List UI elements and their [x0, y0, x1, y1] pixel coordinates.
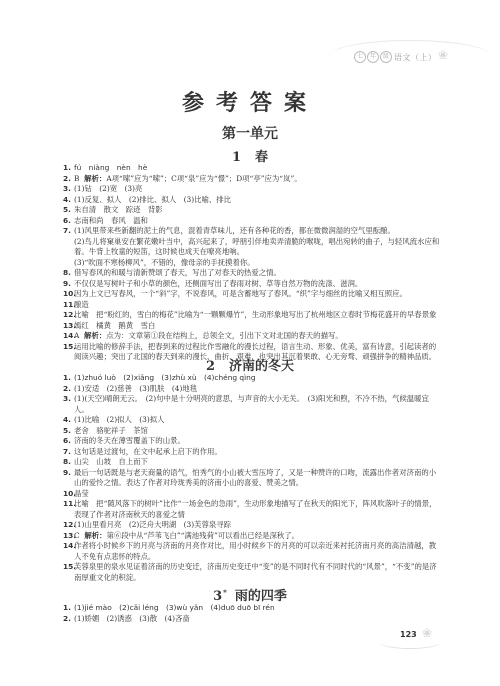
- item-text: 第⑥段中从“芦苇飞白”“满池残荷”可以看出已经是深秋了。: [107, 531, 300, 540]
- page-number: 123: [400, 630, 417, 639]
- item-number: 11.: [63, 499, 76, 510]
- item-number: 11.: [63, 300, 76, 311]
- grade-circle: 级: [380, 51, 392, 63]
- grade-badge: 七 年 级: [354, 51, 392, 63]
- answer-item: 5.老舍 骆驼祥子 茶馆: [63, 426, 443, 437]
- answer-item: 1.(1)jié mào (2)cǎi léng (3)wù yǎn (4)du…: [63, 603, 443, 614]
- item-number: 15.: [63, 342, 76, 353]
- item-text: (1)安适 (2)慈善 (3)肌肤 (4)地毯: [74, 384, 197, 393]
- lesson-number: 3: [213, 589, 222, 604]
- answer-item: 15.芙蓉泉里的泉水见证着济南的历史变迁，济南历史变迁中“变”的是不同时代有不同…: [63, 562, 443, 583]
- item-subline: (3)“吹面不寒杨柳风”，不错的，像母亲的手抚摸着你。: [74, 258, 443, 269]
- page-title: 参考答案: [0, 86, 500, 117]
- item-number: 4.: [63, 415, 71, 426]
- answer-item: 11.比喻 把“随风落下的树叶”比作“一场金色的急雨”，生动形象地描写了在秋天的…: [63, 499, 443, 520]
- answer-item: 1.fú niàng nèn hè: [63, 163, 443, 174]
- item-number: 2.: [63, 174, 71, 185]
- item-text: 这句话是过渡句，在文中起承上启下的作用。: [74, 447, 222, 456]
- item-text: (1)钻 (2)宽 (3)亮: [74, 184, 142, 193]
- answer-item: 9.不仅仅是写树叶子和小草的颜色，还侧面写出了春雨对树、草等自然万物的洗涤、滋润…: [63, 279, 443, 290]
- item-text: 比喻 把“随风落下的树叶”比作“一场金色的急雨”，生动形象地描写了在秋天的阳光下…: [74, 499, 436, 519]
- answer-list: 1.fú niàng nèn hè 2.B 解析：A项“嗦”应为“嗦”；C项“泉…: [63, 163, 443, 363]
- item-text: 不仅仅是写树叶子和小草的颜色，还侧面写出了春雨对树、草等自然万物的洗涤、滋润。: [74, 279, 362, 288]
- item-number: 10.: [63, 289, 76, 300]
- answer-item: 13.C 解析：第⑥段中从“芦苇飞白”“满池残荷”可以看出已经是深秋了。: [63, 531, 443, 542]
- item-text: A项“嗦”应为“嗦”；C项“泉”应为“憬”；D项“亭”应为“岚”。: [106, 174, 301, 183]
- answer-item: 5.朱自清 散文 踪迹 背影: [63, 205, 443, 216]
- item-number: 15.: [63, 562, 76, 573]
- item-text: (1)反复、拟人 (2)排比、拟人 (3)比喻、排比: [74, 195, 231, 204]
- answer-item: 1.(1)zhuó luò (2)xiǎng (3)zhù xù (4)chén…: [63, 373, 443, 384]
- item-text: (1)山里看月亮 (2)泛舟大明湖 (3)芙蓉泉寻踪: [74, 520, 231, 529]
- item-subline: (2)鸟儿将窠巢安在繁花嫩叶当中，高兴起来了，呼朋引伴地卖弄清脆的喉咙，唱出宛转…: [74, 237, 443, 258]
- item-number: 2.: [63, 614, 71, 625]
- item-number: 7.: [63, 226, 71, 237]
- answer-item: 12.比喻 把“粉红的，雪白的梅花”比喻为“一颗颗爆竹”，生动形象地写出了杭州地…: [63, 310, 443, 321]
- answer-item: 6.济南的冬天在薄雪覆盖下的山景。: [63, 436, 443, 447]
- item-text: (1)jié mào (2)cǎi léng (3)wù yǎn (4)duō …: [74, 603, 275, 612]
- item-number: 6.: [63, 216, 71, 227]
- item-number: 1.: [63, 373, 71, 384]
- subject-label: 语文（上）: [394, 52, 437, 63]
- item-number: 1.: [63, 163, 71, 174]
- item-number: 7.: [63, 447, 71, 458]
- item-number: 14.: [63, 541, 76, 552]
- answer-item: 3.(1)(天空)晴朗无云。 (2)句中是十分明亮的意思，与声音的大小无关。 (…: [63, 394, 443, 415]
- item-text: 最后一句话既是与老天商量的语气，怕秀气的小山被大雪压垮了，又是一种赞许的口吻，流…: [74, 468, 436, 488]
- answer-item: 10.晶莹: [63, 489, 443, 500]
- item-text: 借写春风的和暖与清新赞颂了春天，写出了对春天的热爱之情。: [74, 268, 281, 277]
- item-number: 4.: [63, 195, 71, 206]
- grade-circle: 年: [367, 51, 379, 63]
- unit-title: 第一单元: [0, 123, 500, 143]
- item-text: 济南的冬天在薄雪覆盖下的山景。: [74, 436, 185, 445]
- answer-list: 1.(1)zhuó luò (2)xiǎng (3)zhù xù (4)chén…: [63, 373, 443, 583]
- item-text: 酿造: [74, 300, 89, 309]
- answer-item: 2.(1)安适 (2)慈善 (3)肌肤 (4)地毯: [63, 384, 443, 395]
- item-text: fú niàng nèn hè: [74, 163, 147, 172]
- answer-list: 1.(1)jié mào (2)cǎi léng (3)wù yǎn (4)du…: [63, 603, 443, 624]
- answer-item: 4.(1)比喻 (2)拟人 (3)拟人: [63, 415, 443, 426]
- item-text: (1)娇媚 (2)诱惑 (3)散 (4)吝啬: [74, 614, 190, 623]
- answer-item: 4.(1)反复、拟人 (2)排比、拟人 (3)比喻、排比: [63, 195, 443, 206]
- answer-item: 7. (1)风里带来些新翻的泥土的气息，混着青草味儿，还有各种花的香，都在微微润…: [63, 226, 443, 268]
- paw-print-icon: ❀: [422, 626, 432, 640]
- answer-item: 2.B 解析：A项“嗦”应为“嗦”；C项“泉”应为“憬”；D项“亭”应为“岚”。: [63, 174, 443, 185]
- item-number: 1.: [63, 603, 71, 614]
- item-number: 12.: [63, 310, 76, 321]
- item-number: 3.: [63, 184, 71, 195]
- item-number: 6.: [63, 436, 71, 447]
- answer-item: 11.酿造: [63, 300, 443, 311]
- item-number: 8.: [63, 268, 71, 279]
- item-number: 12.: [63, 520, 76, 531]
- answer-item: 10.因为上文已写春风，一个“斜”字，不说春风，可是含蓄地写了春风。“织”字与细…: [63, 289, 443, 300]
- item-number: 9.: [63, 279, 71, 290]
- header-badge: 七 年 级 语文（上）: [354, 48, 437, 66]
- item-text: 晶莹: [74, 489, 89, 498]
- answer-item: 12.(1)山里看月亮 (2)泛舟大明湖 (3)芙蓉泉寻踪: [63, 520, 443, 531]
- item-text: (1)zhuó luò (2)xiǎng (3)zhù xù (4)chéng …: [74, 373, 256, 382]
- answer-item: 3.(1)钻 (2)宽 (3)亮: [63, 184, 443, 195]
- analysis-label: 解析：: [84, 331, 106, 340]
- lesson-name: 雨的四季: [235, 589, 287, 604]
- lesson-title: 2济南的冬天: [0, 355, 500, 374]
- optional-star: *: [223, 588, 227, 597]
- item-text: 山尖 山坡 自上而下: [74, 457, 148, 466]
- item-text: 因为上文已写春风，一个“斜”字，不说春风，可是含蓄地写了春风。“织”字与细丝的比…: [74, 289, 407, 298]
- answer-item: 13.嫣红 橘黄 鹅黄 雪白: [63, 321, 443, 332]
- paw-print-icon: ❀: [438, 48, 448, 62]
- item-text: 朱自清 散文 踪迹 背影: [74, 205, 163, 214]
- answer-item: 2.(1)娇媚 (2)诱惑 (3)散 (4)吝啬: [63, 614, 443, 625]
- lesson-title: 3*雨的四季: [0, 585, 500, 604]
- item-subline: (1)风里带来些新翻的泥土的气息，混着青草味儿，还有各种花的香，都在微微润湿的空…: [74, 226, 443, 237]
- item-text: 老舍 骆驼祥子 茶馆: [74, 426, 148, 435]
- item-number: 14.: [63, 331, 76, 342]
- lesson-name: 济南的冬天: [229, 359, 294, 374]
- item-text: 嫣红 橘黄 鹅黄 雪白: [74, 321, 155, 330]
- lesson-number: 2: [206, 359, 215, 374]
- item-number: 13.: [63, 321, 76, 332]
- answer-item: 14.A 解析：点为：文章第①段在结构上，总领全文，引出下文对北国的春天的描写。: [63, 331, 443, 342]
- item-text: (1)比喻 (2)拟人 (3)拟人: [74, 415, 165, 424]
- item-text: 点为：文章第①段在结构上，总领全文，引出下文对北国的春天的描写。: [106, 331, 343, 340]
- analysis-label: 解析：: [84, 531, 106, 540]
- answer-item: 8.山尖 山坡 自上而下: [63, 457, 443, 468]
- item-text: (1)(天空)晴朗无云。 (2)句中是十分明亮的意思，与声音的大小无关。 (3)…: [74, 394, 429, 414]
- item-number: 5.: [63, 205, 71, 216]
- item-text: 比喻 把“粉红的，雪白的梅花”比喻为“一颗颗爆竹”，生动形象地写出了杭州地区立春…: [74, 310, 436, 319]
- item-text: 志南和尚 春风 温和: [74, 216, 148, 225]
- answer-item: 7.这句话是过渡句，在文中起承上启下的作用。: [63, 447, 443, 458]
- grade-circle: 七: [354, 51, 366, 63]
- item-answer: B: [74, 174, 79, 183]
- item-number: 3.: [63, 394, 71, 405]
- item-number: 5.: [63, 426, 71, 437]
- answer-item: 6.志南和尚 春风 温和: [63, 216, 443, 227]
- answer-item: 14.作者将小时候乡下的月亮与济南的月亮作对比，用小时候乡下的月亮的可以亲近来衬…: [63, 541, 443, 562]
- item-text: 作者将小时候乡下的月亮与济南的月亮作对比，用小时候乡下的月亮的可以亲近来衬托济南…: [74, 541, 436, 561]
- item-number: 2.: [63, 384, 71, 395]
- analysis-label: 解析：: [84, 174, 106, 183]
- item-number: 8.: [63, 457, 71, 468]
- answer-item: 9.最后一句话既是与老天商量的语气，怕秀气的小山被大雪压垮了，又是一种赞许的口吻…: [63, 468, 443, 489]
- item-number: 9.: [63, 468, 71, 479]
- item-number: 13.: [63, 531, 76, 542]
- answer-item: 8.借写春风的和暖与清新赞颂了春天，写出了对春天的热爱之情。: [63, 268, 443, 279]
- item-number: 10.: [63, 489, 76, 500]
- item-text: 芙蓉泉里的泉水见证着济南的历史变迁，济南历史变迁中“变”的是不同时代有不同时代的…: [74, 562, 437, 582]
